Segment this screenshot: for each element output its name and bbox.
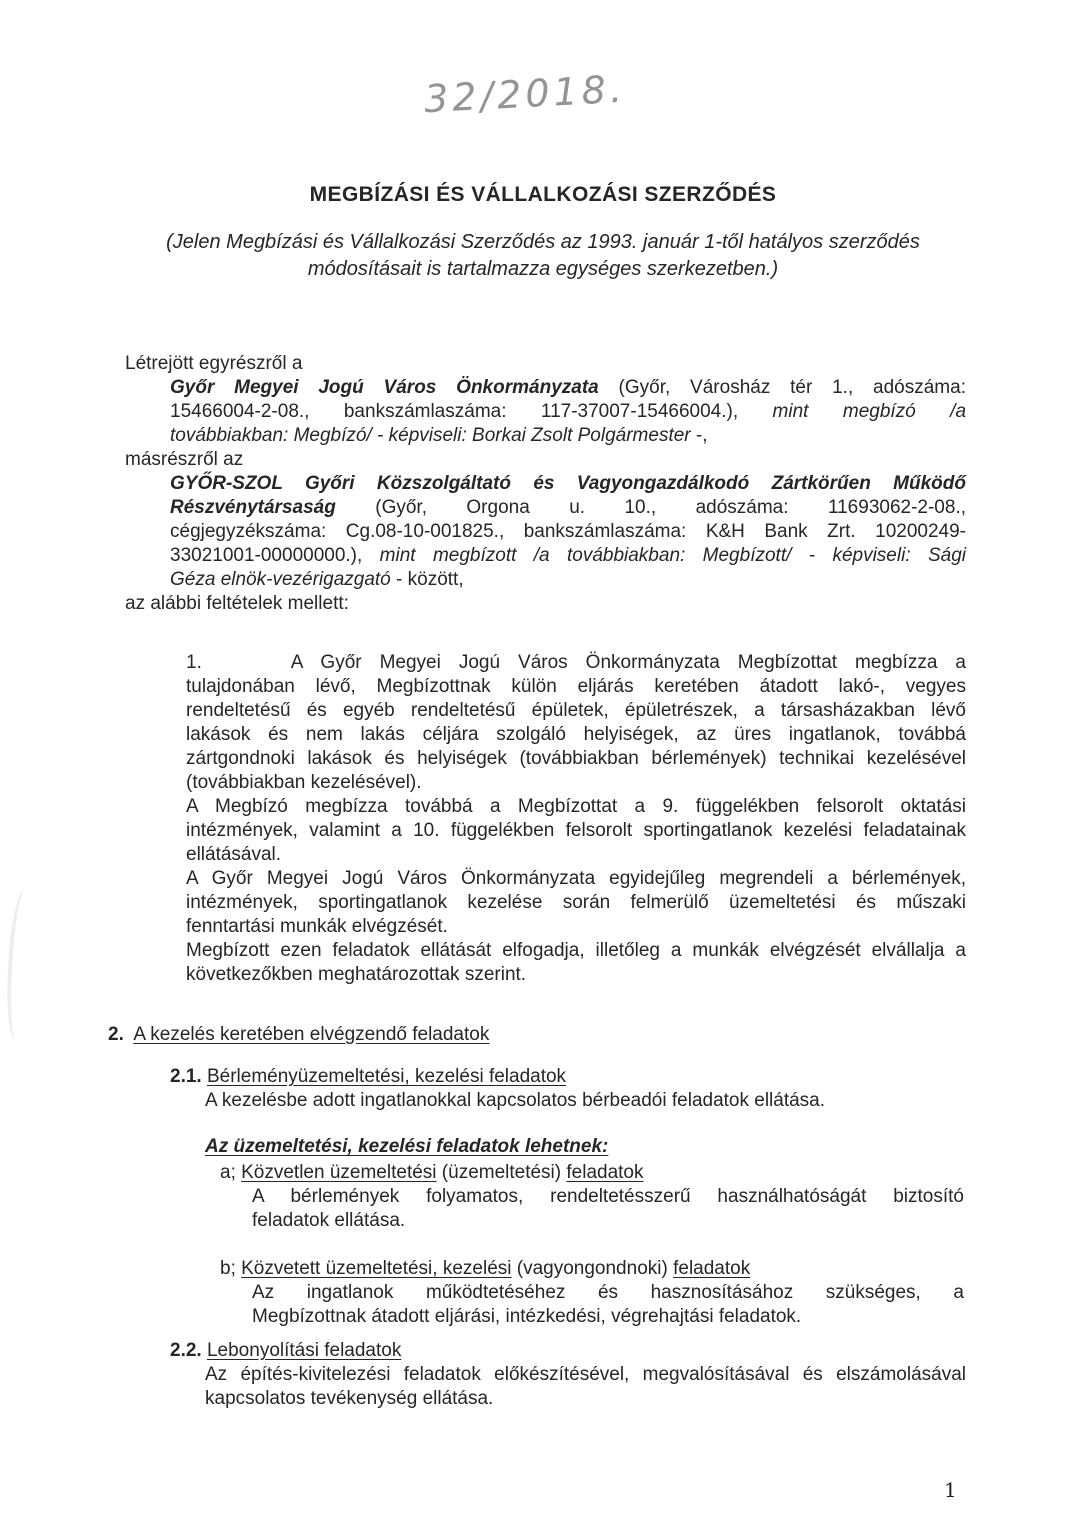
text-line: következőkben meghatározottak szerint. [186,963,966,987]
text-line: kapcsolatos tevékenység ellátása. [205,1387,966,1411]
text-line: b; Közvetett üzemeltetési, kezelési (vag… [220,1257,1086,1281]
text-line: Géza elnök-vezérigazgató - között, [170,568,966,592]
intro-party-1: Létrejött egyrészről a [0,352,1086,376]
party-megbizott: GYŐR-SZOL Győri Közszolgáltató és Vagyon… [0,472,1086,592]
scanned-contract-page: 32/2018. MEGBÍZÁSI ÉS VÁLLALKOZÁSI SZERZ… [0,0,1086,1536]
text-line: az alábbi feltételek mellett: [125,592,1086,616]
text-line: A Megbízó megbízza továbbá a Megbízottat… [186,795,966,819]
item-b-text: Az ingatlanok működtetéséhez és hasznosí… [0,1281,1086,1329]
page-number: 1 [944,1478,957,1502]
clause-1-elfogadas: Megbízott ezen feladatok ellátását elfog… [0,939,1086,987]
text-line: Megbízottnak átadott eljárási, intézkedé… [252,1305,964,1329]
section-2-1-heading: 2.1. Bérleményüzemeltetési, kezelési fel… [0,1065,1086,1089]
party-megbizo: Győr Megyei Jogú Város Önkormányzata (Gy… [0,376,1086,448]
text-line: lakások és nem lakás céljára szolgáló he… [186,723,966,747]
section-2-2-text: Az építés-kivitelezési feladatok előkész… [0,1363,1086,1411]
text-line: 1. A Győr Megyei Jogú Város Önkormányzat… [186,651,966,675]
text-line: 33021001-00000000.), mint megbízott /a t… [170,544,966,568]
text-line: Az üzemeltetési, kezelési feladatok lehe… [205,1135,966,1159]
text-line: másrészről az [125,448,1086,472]
text-line: Az ingatlanok működtetéséhez és hasznosí… [252,1281,964,1305]
clause-1-megrendeles: A Győr Megyei Jogú Város Önkormányzata e… [0,867,1086,939]
intro-party-2: másrészről az [0,448,1086,472]
clause-1: 1. A Győr Megyei Jogú Város Önkormányzat… [0,651,1086,795]
item-a-heading: a; Közvetlen üzemeltetési (üzemeltetési)… [0,1161,1086,1185]
text-line: A Győr Megyei Jogú Város Önkormányzata e… [186,867,966,891]
text-line: feladatok ellátása. [252,1209,964,1233]
text-line: zártgondnoki lakások és helyiségek (tová… [186,747,966,771]
document-body: Létrejött egyrészről aGyőr Megyei Jogú V… [0,352,1086,1411]
section-2-heading: 2. A kezelés keretében elvégzendő felada… [0,1023,1086,1047]
section-2-2-heading: 2.2. Lebonyolítási feladatok [0,1339,1086,1363]
text-line: GYŐR-SZOL Győri Közszolgáltató és Vagyon… [170,472,966,496]
text-line: 2.2. Lebonyolítási feladatok [170,1339,1086,1363]
text-line: Létrejött egyrészről a [125,352,1086,376]
text-line: Részvénytársaság (Győr, Orgona u. 10., a… [170,496,966,520]
text-line: Győr Megyei Jogú Város Önkormányzata (Gy… [170,376,966,400]
handwritten-file-number: 32/2018. [423,67,627,122]
tasks-intro-heading: Az üzemeltetési, kezelési feladatok lehe… [0,1135,1086,1159]
text-line: ellátásával. [186,843,966,867]
item-b-heading: b; Közvetett üzemeltetési, kezelési (vag… [0,1257,1086,1281]
subtitle-line-2: módosításait is tartalmazza egységes sze… [0,256,1086,283]
intro-conditions: az alábbi feltételek mellett: [0,592,1086,616]
text-line: A kezelésbe adott ingatlanokkal kapcsola… [205,1089,966,1113]
text-line: fenntartási munkák elvégzését. [186,915,966,939]
text-line: A bérlemények folyamatos, rendeltetéssze… [252,1185,964,1209]
subtitle-line-1: (Jelen Megbízási és Vállalkozási Szerződ… [0,229,1086,256]
text-line: továbbiakban: Megbízó/ - képviseli: Bork… [170,424,966,448]
item-a-text: A bérlemények folyamatos, rendeltetéssze… [0,1185,1086,1233]
text-line: cégjegyzékszáma: Cg.08-10-001825., banks… [170,520,966,544]
text-line: tulajdonában lévő, Megbízottnak külön el… [186,675,966,699]
text-line: 2. A kezelés keretében elvégzendő felada… [108,1023,1086,1047]
clause-1-oktatas: A Megbízó megbízza továbbá a Megbízottat… [0,795,1086,867]
section-2-1-text: A kezelésbe adott ingatlanokkal kapcsola… [0,1089,1086,1113]
text-line: a; Közvetlen üzemeltetési (üzemeltetési)… [220,1161,1086,1185]
text-line: Az építés-kivitelezési feladatok előkész… [205,1363,966,1387]
text-line: rendeltetésű és egyéb rendeltetésű épüle… [186,699,966,723]
text-line: intézmények, sportingatlanok kezelése so… [186,891,966,915]
text-line: (továbbiakban kezelésével). [186,771,966,795]
text-line: 2.1. Bérleményüzemeltetési, kezelési fel… [170,1065,1086,1089]
document-subtitle: (Jelen Megbízási és Vállalkozási Szerződ… [0,229,1086,283]
text-line: 15466004-2-08., bankszámlaszáma: 117-370… [170,400,966,424]
document-title: MEGBÍZÁSI ÉS VÁLLALKOZÁSI SZERZŐDÉS [0,183,1086,207]
text-line: Megbízott ezen feladatok ellátását elfog… [186,939,966,963]
text-line: intézmények, valamint a 10. függelékben … [186,819,966,843]
